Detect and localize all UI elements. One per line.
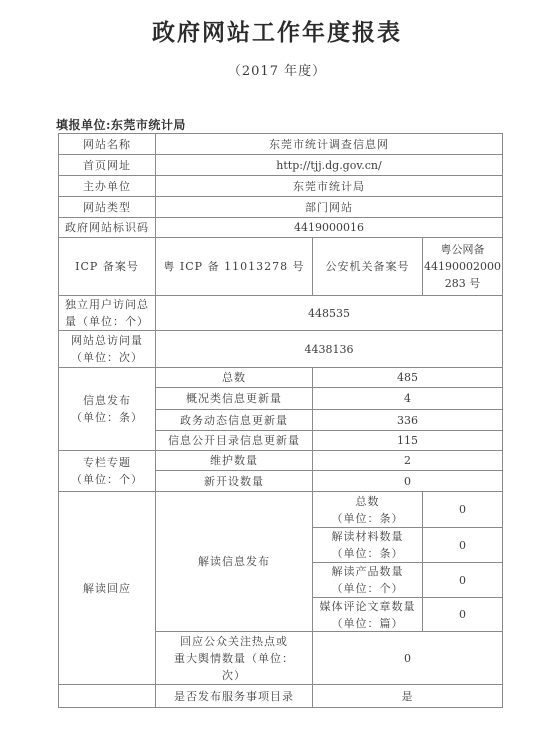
columns-row-value: 2 xyxy=(312,450,503,471)
interpretation-row-value: 0 xyxy=(422,527,503,563)
service-empty-cell xyxy=(58,684,156,708)
total-visits-value: 4438136 xyxy=(155,330,503,368)
icp-value: 粤 ICP 备 11013278 号 xyxy=(155,237,313,296)
site-id-label: 政府网站标识码 xyxy=(58,217,156,238)
sponsor-label: 主办单位 xyxy=(58,175,156,197)
interpretation-row-label: 媒体评论文章数量 （单位：篇） xyxy=(312,597,423,632)
interpretation-row-value: 0 xyxy=(422,562,503,598)
columns-row-label: 新开设数量 xyxy=(155,470,313,492)
site-type-label: 网站类型 xyxy=(58,196,156,218)
info-release-row-value: 115 xyxy=(312,430,503,451)
service-catalog-value: 是 xyxy=(312,684,503,708)
homepage-label: 首页网址 xyxy=(58,154,156,176)
site-name-label: 网站名称 xyxy=(58,133,156,155)
public-response-label: 回应公众关注热点或 重大舆情数量（单位： 次） xyxy=(155,631,313,685)
site-id-value: 4419000016 xyxy=(155,217,503,238)
interpretation-release-label: 解读信息发布 xyxy=(155,491,313,632)
info-release-row-value: 336 xyxy=(312,409,503,431)
unique-visitors-value: 448535 xyxy=(155,295,503,331)
interpretation-label: 解读回应 xyxy=(58,491,156,685)
interpretation-row-value: 0 xyxy=(422,597,503,632)
info-release-row-label: 总数 xyxy=(155,367,313,388)
info-release-row-label: 信息公开目录信息更新量 xyxy=(155,430,313,451)
total-visits-label: 网站总访问量 （单位：次） xyxy=(58,330,156,368)
interpretation-row-label: 解读材料数量 （单位：条） xyxy=(312,527,423,563)
public-response-value: 0 xyxy=(312,631,503,685)
sponsor-value: 东莞市统计局 xyxy=(155,175,503,197)
info-release-label: 信息发布 （单位：条） xyxy=(58,367,156,451)
interpretation-row-label: 解读产品数量 （单位：个） xyxy=(312,562,423,598)
unique-visitors-label: 独立用户访问总 量（单位：个） xyxy=(58,295,156,331)
columns-row-label: 维护数量 xyxy=(155,450,313,471)
info-release-row-value: 485 xyxy=(312,367,503,388)
interpretation-row-value: 0 xyxy=(422,491,503,528)
interpretation-row-label: 总数 （单位：条） xyxy=(312,491,423,528)
homepage-value: http://tjj.dg.gov.cn/ xyxy=(155,154,503,176)
site-name-value: 东莞市统计调查信息网 xyxy=(155,133,503,155)
site-type-value: 部门网站 xyxy=(155,196,503,218)
info-release-row-value: 4 xyxy=(312,387,503,410)
info-release-row-label: 政务动态信息更新量 xyxy=(155,409,313,431)
police-record-label: 公安机关备案号 xyxy=(312,237,423,296)
icp-label: ICP 备案号 xyxy=(58,237,156,296)
columns-row-value: 0 xyxy=(312,470,503,492)
report-table: 网站名称 东莞市统计调查信息网 首页网址 http://tjj.dg.gov.c… xyxy=(0,0,554,729)
service-catalog-label: 是否发布服务事项目录 xyxy=(155,684,313,708)
police-record-value: 粤公网备 44190002000 283 号 xyxy=(422,237,503,296)
columns-label: 专栏专题 （单位：个） xyxy=(58,450,156,492)
info-release-row-label: 概况类信息更新量 xyxy=(155,387,313,410)
